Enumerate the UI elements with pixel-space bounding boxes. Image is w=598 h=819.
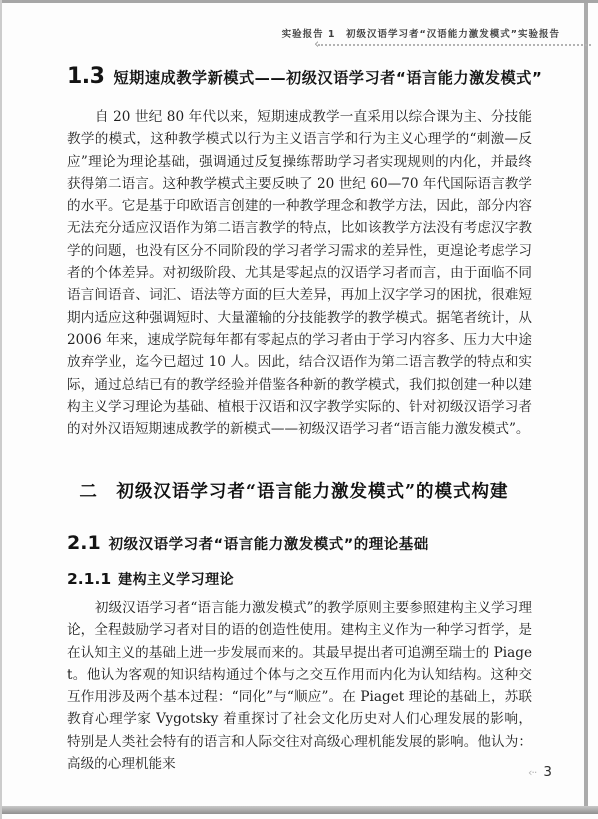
paragraph-2: 初级汉语学习者“语言能力激发模式”的教学原则主要参照建构主义学习理论，全程鼓励学… bbox=[67, 597, 532, 775]
left-arrow-icon: ‹·· bbox=[528, 766, 536, 779]
page-edge-right bbox=[584, 3, 588, 806]
section-title: 短期速成教学新模式——初级汉语学习者“语言能力激发模式” bbox=[113, 67, 542, 88]
running-header: 实验报告 1 初级汉语学习者“汉语能力激发模式”实验报告 bbox=[282, 26, 560, 40]
section-heading-2-1-1: 2.1.1 建构主义学习理论 bbox=[67, 569, 234, 589]
section-number: 1.3 bbox=[67, 64, 104, 89]
chapter-heading-2: 二 初级汉语学习者“语言能力激发模式”的模式构建 bbox=[0, 478, 588, 503]
running-title: 实验报告 1 初级汉语学习者“汉语能力激发模式”实验报告 bbox=[282, 29, 560, 40]
page-edge-bottom bbox=[0, 806, 598, 814]
paragraph-1: 自 20 世纪 80 年代以来，短期速成教学一直采用以综合课为主、分技能教学的模… bbox=[67, 106, 532, 440]
book-page: 实验报告 1 初级汉语学习者“汉语能力激发模式”实验报告 ‹ 1.3 短期速成教… bbox=[0, 0, 598, 819]
header-rule: ‹ bbox=[314, 40, 591, 50]
section-heading-1-3: 1.3 短期速成教学新模式——初级汉语学习者“语言能力激发模式” bbox=[67, 64, 542, 89]
section-number: 2.1.1 bbox=[67, 570, 111, 588]
section-title: 初级汉语学习者“语言能力激发模式”的理论基础 bbox=[109, 533, 429, 554]
dotted-rule-line bbox=[318, 44, 591, 46]
page-footer: ‹·· 3 bbox=[528, 764, 552, 780]
page-edge-left bbox=[0, 0, 2, 819]
page-number: 3 bbox=[543, 764, 552, 780]
section-title: 建构主义学习理论 bbox=[118, 569, 234, 589]
section-number: 2.1 bbox=[67, 532, 101, 554]
section-heading-2-1: 2.1 初级汉语学习者“语言能力激发模式”的理论基础 bbox=[67, 532, 429, 554]
page-edge-top bbox=[0, 0, 598, 3]
